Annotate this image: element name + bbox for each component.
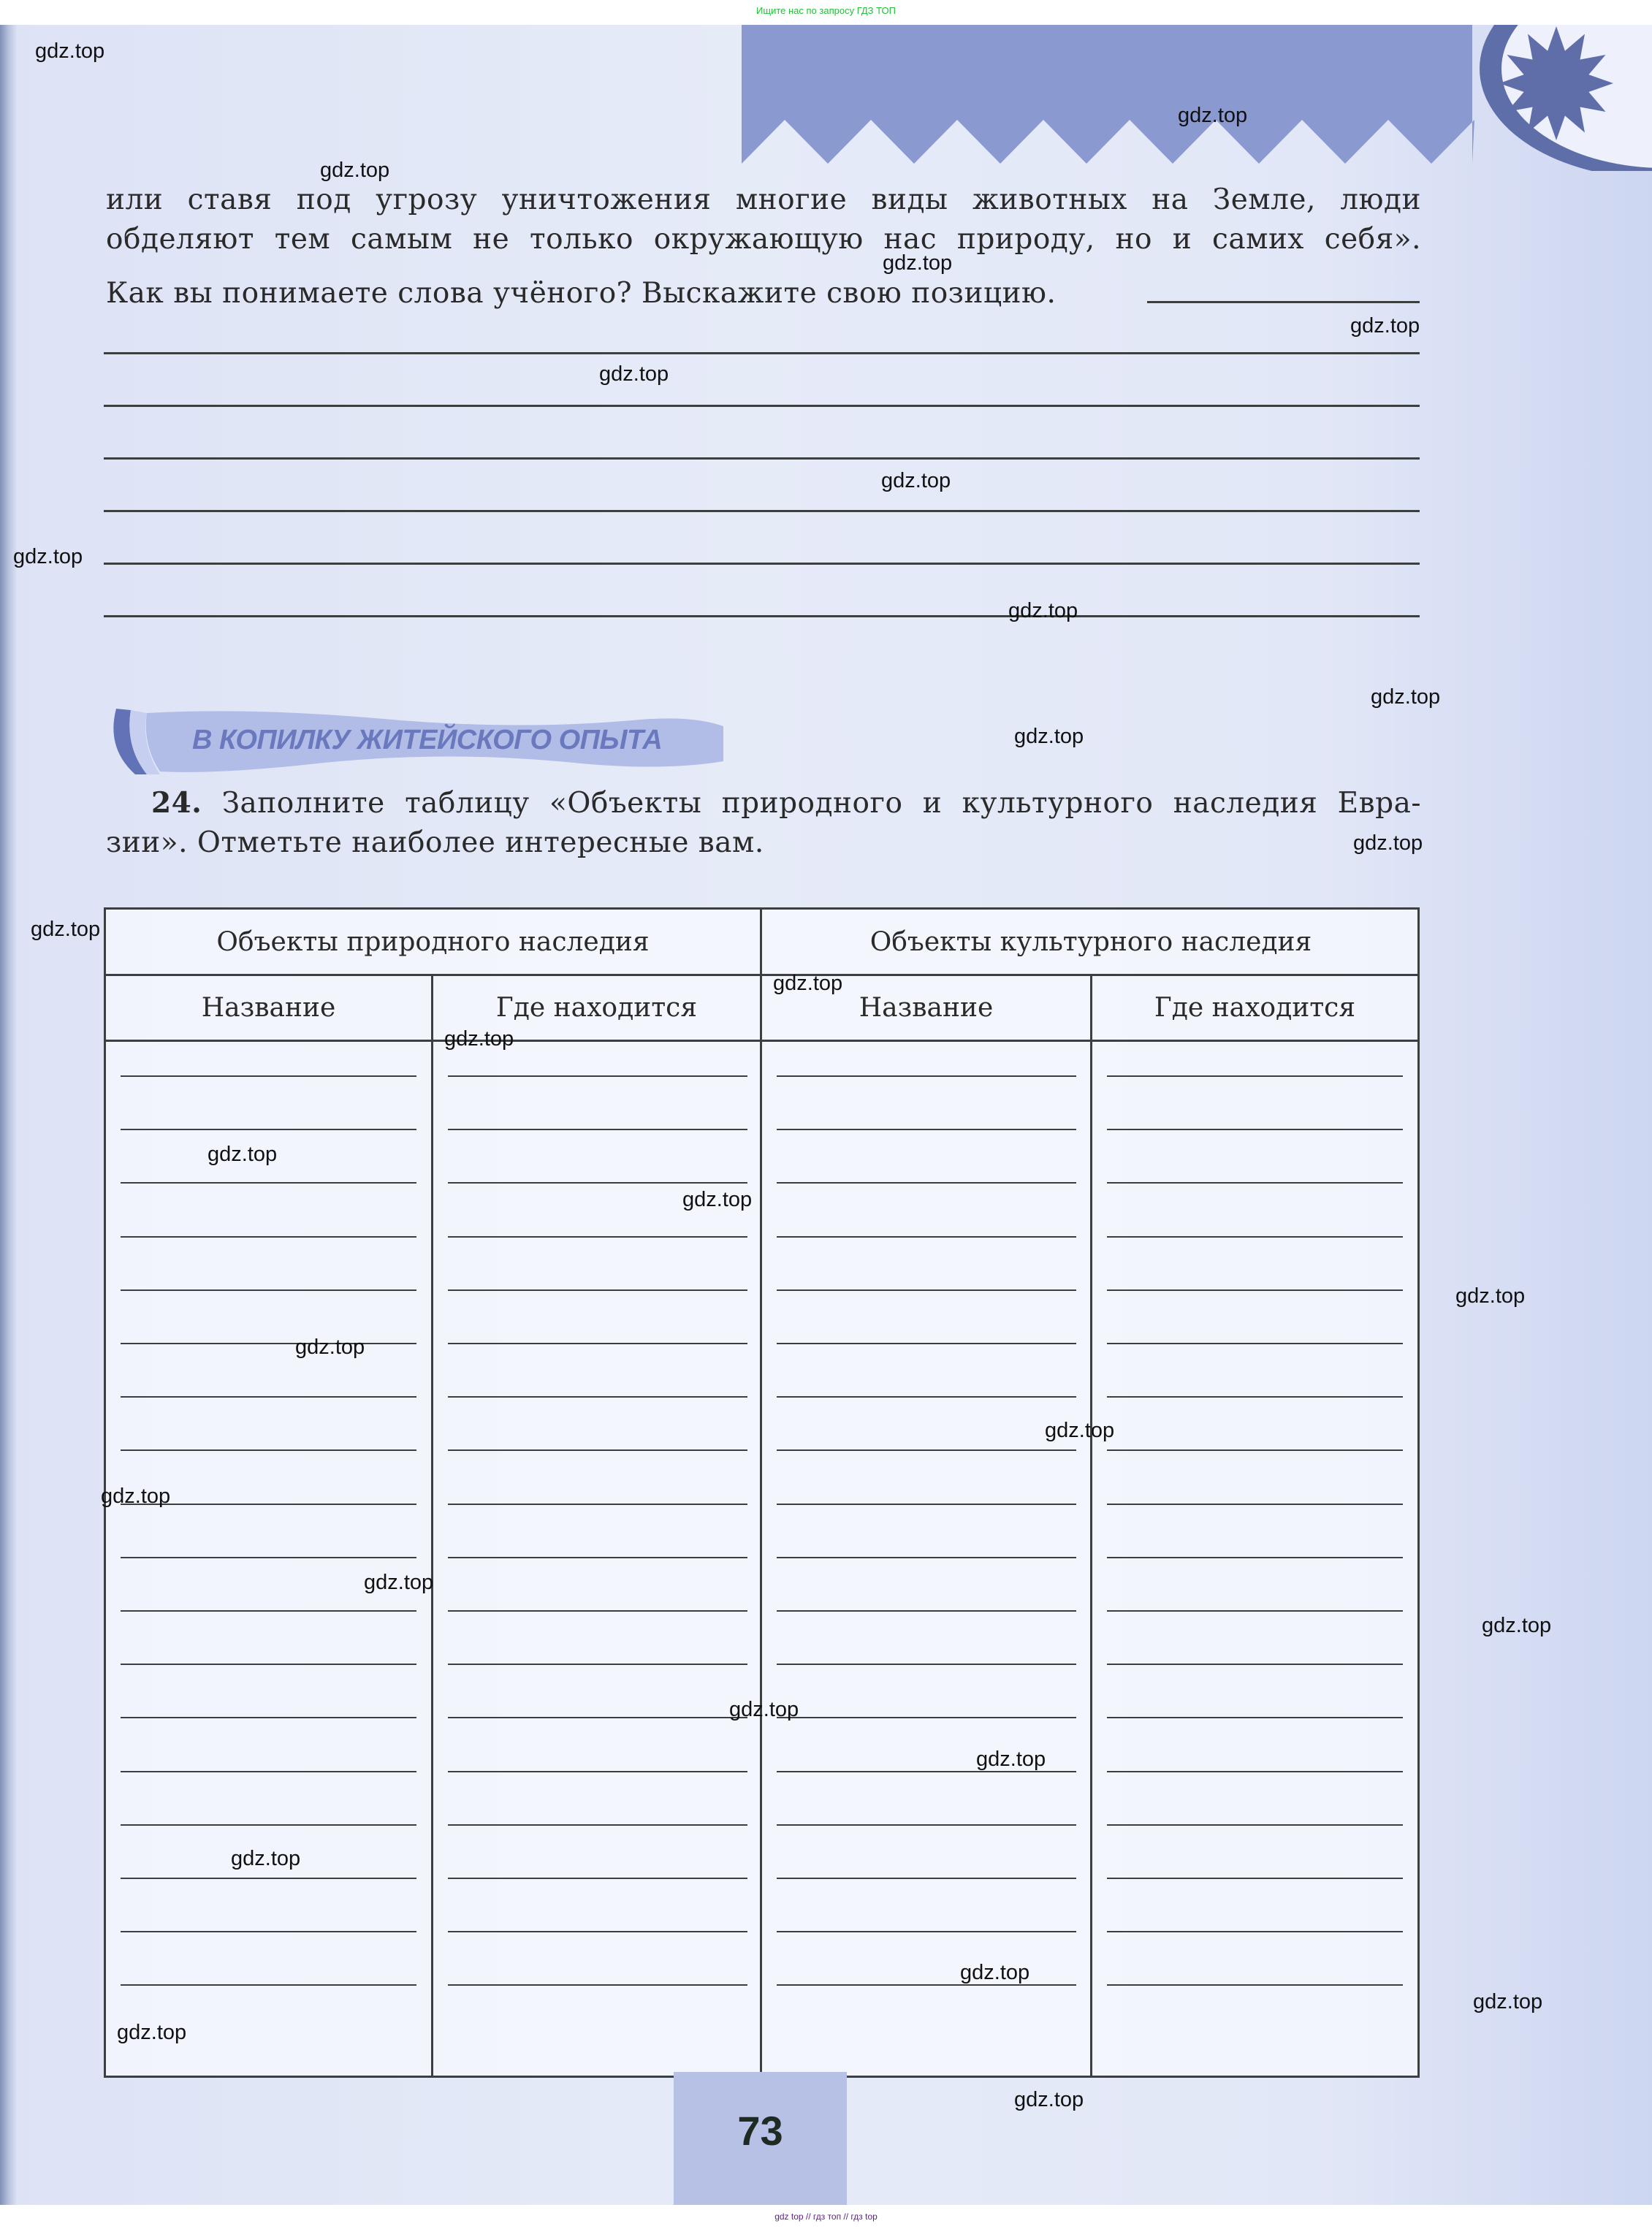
- watermark-text: gdz.top: [208, 1143, 277, 1167]
- watermark-text: gdz.top: [13, 545, 83, 569]
- table-entry-line[interactable]: [777, 1717, 1076, 1718]
- table-entry-line[interactable]: [1107, 1931, 1403, 1932]
- table-entry-line[interactable]: [121, 1449, 416, 1451]
- table-entry-line[interactable]: [448, 1610, 747, 1612]
- page-spine: [0, 25, 18, 2205]
- table-entry-line[interactable]: [448, 1984, 747, 1986]
- table-entry-line[interactable]: [1107, 1236, 1403, 1238]
- answer-line[interactable]: [1147, 301, 1420, 303]
- table-entry-line[interactable]: [121, 1771, 416, 1772]
- table-entry-line[interactable]: [777, 1449, 1076, 1451]
- table-entry-line[interactable]: [121, 1129, 416, 1130]
- table-entry-line[interactable]: [121, 1984, 416, 1986]
- table-entry-line[interactable]: [1107, 1289, 1403, 1291]
- table-entry-line[interactable]: [448, 1449, 747, 1451]
- task-24-line-2: зии». Отметьте наиболее интересные вам.: [106, 823, 1421, 863]
- table-entry-line[interactable]: [121, 1182, 416, 1184]
- table-entry-line[interactable]: [777, 1664, 1076, 1665]
- table-entry-line[interactable]: [777, 1824, 1076, 1826]
- task-number: 24.: [151, 786, 202, 820]
- question-text: Как вы понимаете слова учёного? Выскажит…: [106, 273, 1056, 313]
- watermark-text: gdz.top: [1350, 314, 1420, 338]
- table-entry-line[interactable]: [1107, 1824, 1403, 1826]
- table-entry-line[interactable]: [121, 1396, 416, 1398]
- table-entry-line[interactable]: [448, 1771, 747, 1772]
- table-entry-line[interactable]: [1107, 1182, 1403, 1184]
- table-entry-line[interactable]: [1107, 1664, 1403, 1665]
- column-divider: [431, 974, 433, 2076]
- watermark-text: gdz.top: [976, 1748, 1046, 1772]
- watermark-text: gdz.top: [773, 972, 842, 996]
- table-entry-line[interactable]: [1107, 1878, 1403, 1879]
- quote-line-1: или ставя под угрозу уничтожения многие …: [106, 180, 1421, 220]
- watermark-text: gdz.top: [1014, 725, 1084, 749]
- table-entry-line[interactable]: [448, 1664, 747, 1665]
- watermark-text: gdz.top: [31, 918, 100, 942]
- table-entry-line[interactable]: [777, 1075, 1076, 1077]
- watermark-text: gdz.top: [364, 1571, 433, 1595]
- table-entry-line[interactable]: [777, 1984, 1076, 1986]
- table-entry-line[interactable]: [1107, 1610, 1403, 1612]
- watermark-text: gdz.top: [1014, 2088, 1084, 2112]
- table-entry-line[interactable]: [1107, 1771, 1403, 1772]
- table-entry-line[interactable]: [121, 1824, 416, 1826]
- watermark-text: gdz.top: [320, 159, 389, 183]
- watermark-text: gdz.top: [444, 1027, 514, 1051]
- table-entry-line[interactable]: [1107, 1075, 1403, 1077]
- watermark-text: gdz.top: [35, 39, 104, 64]
- table-entry-line[interactable]: [448, 1182, 747, 1184]
- answer-line[interactable]: [104, 457, 1420, 460]
- table-entry-line[interactable]: [121, 1931, 416, 1932]
- table-entry-line[interactable]: [448, 1289, 747, 1291]
- table-entry-line[interactable]: [121, 1236, 416, 1238]
- table-entry-line[interactable]: [448, 1236, 747, 1238]
- answer-line[interactable]: [104, 405, 1420, 407]
- page-number-box: 73: [674, 2072, 847, 2205]
- heritage-table: Объекты природного наследия Объекты куль…: [104, 907, 1420, 2078]
- table-entry-line[interactable]: [1107, 1717, 1403, 1718]
- watermark-text: gdz.top: [682, 1188, 752, 1212]
- watermark-text: gdz.top: [1008, 599, 1078, 623]
- table-entry-line[interactable]: [448, 1878, 747, 1879]
- table-entry-line[interactable]: [121, 1343, 416, 1344]
- watermark-text: gdz.top: [231, 1847, 300, 1871]
- table-entry-line[interactable]: [777, 1504, 1076, 1505]
- watermark-text: gdz.top: [117, 2021, 186, 2045]
- table-entry-line[interactable]: [448, 1504, 747, 1505]
- table-entry-line[interactable]: [777, 1396, 1076, 1398]
- table-entry-line[interactable]: [1107, 1129, 1403, 1130]
- table-entry-line[interactable]: [448, 1075, 747, 1077]
- watermark-text: gdz.top: [960, 1961, 1029, 1985]
- task-24-text-1: Заполните таблицу «Объекты природного и …: [222, 787, 1421, 820]
- table-entry-line[interactable]: [777, 1129, 1076, 1130]
- watermark-text: gdz.top: [1473, 1990, 1542, 2014]
- table-entry-line[interactable]: [777, 1343, 1076, 1344]
- section-banner: В КОПИЛКУ ЖИТЕЙСКОГО ОПЫТА: [106, 704, 734, 777]
- table-entry-line[interactable]: [777, 1182, 1076, 1184]
- table-entry-line[interactable]: [448, 1396, 747, 1398]
- table-entry-line[interactable]: [1107, 1504, 1403, 1505]
- table-entry-line[interactable]: [121, 1610, 416, 1612]
- page-number: 73: [674, 2107, 847, 2154]
- task-24-line-1: 24. Заполните таблицу «Объекты природног…: [106, 783, 1421, 823]
- col-cultural-location: Где находится: [1092, 976, 1417, 1040]
- watermark-text: gdz.top: [881, 469, 951, 493]
- table-entry-line[interactable]: [777, 1931, 1076, 1932]
- table-entry-line[interactable]: [1107, 1343, 1403, 1344]
- table-entry-line[interactable]: [121, 1289, 416, 1291]
- table-entry-line[interactable]: [448, 1343, 747, 1344]
- watermark-text: gdz.top: [1455, 1284, 1525, 1308]
- table-entry-line[interactable]: [448, 1931, 747, 1932]
- answer-line[interactable]: [104, 563, 1420, 565]
- header-decoration: [742, 25, 1652, 164]
- watermark-text: gdz.top: [295, 1336, 365, 1360]
- table-entry-line[interactable]: [777, 1610, 1076, 1612]
- watermark-text: gdz.top: [883, 251, 952, 275]
- table-entry-line[interactable]: [121, 1878, 416, 1879]
- table-entry-line[interactable]: [121, 1557, 416, 1558]
- table-entry-line[interactable]: [448, 1129, 747, 1130]
- answer-line[interactable]: [104, 615, 1420, 617]
- table-entry-line[interactable]: [448, 1824, 747, 1826]
- section-title: В КОПИЛКУ ЖИТЕЙСКОГО ОПЫТА: [192, 725, 662, 756]
- table-entry-line[interactable]: [1107, 1984, 1403, 1986]
- table-entry-line[interactable]: [777, 1289, 1076, 1291]
- table-entry-line[interactable]: [448, 1557, 747, 1558]
- watermark-text: gdz.top: [1178, 104, 1247, 128]
- header-natural-heritage: Объекты природного наследия: [106, 910, 760, 974]
- footer-ad-links[interactable]: gdz top // гдз топ // гдз top: [0, 2205, 1652, 2229]
- watermark-text: gdz.top: [729, 1698, 799, 1722]
- column-divider: [1090, 974, 1092, 2076]
- watermark-text: gdz.top: [1371, 685, 1440, 709]
- table-entry-line[interactable]: [777, 1878, 1076, 1879]
- watermark-text: gdz.top: [599, 362, 669, 386]
- answer-line[interactable]: [104, 510, 1420, 512]
- watermark-text: gdz.top: [1482, 1614, 1551, 1638]
- table-entry-line[interactable]: [1107, 1557, 1403, 1558]
- table-entry-line[interactable]: [121, 1664, 416, 1665]
- group-divider: [760, 910, 762, 2076]
- table-entry-line[interactable]: [121, 1075, 416, 1077]
- table-entry-line[interactable]: [777, 1557, 1076, 1558]
- answer-line[interactable]: [104, 352, 1420, 354]
- table-entry-line[interactable]: [1107, 1396, 1403, 1398]
- top-ad-banner[interactable]: Ищите нас по запросу ГДЗ ТОП: [0, 0, 1652, 25]
- watermark-text: gdz.top: [101, 1485, 170, 1509]
- table-entry-line[interactable]: [448, 1717, 747, 1718]
- table-entry-line[interactable]: [121, 1717, 416, 1718]
- watermark-text: gdz.top: [1353, 831, 1423, 856]
- quote-line-2: обделяют тем самым не только окружающую …: [106, 219, 1421, 259]
- watermark-text: gdz.top: [1045, 1419, 1114, 1443]
- header-cultural-heritage: Объекты культурного наследия: [762, 910, 1420, 974]
- table-entry-line[interactable]: [1107, 1449, 1403, 1451]
- textbook-page: или ставя под угрозу уничтожения многие …: [0, 25, 1652, 2205]
- col-natural-name: Название: [106, 976, 431, 1040]
- table-entry-line[interactable]: [777, 1236, 1076, 1238]
